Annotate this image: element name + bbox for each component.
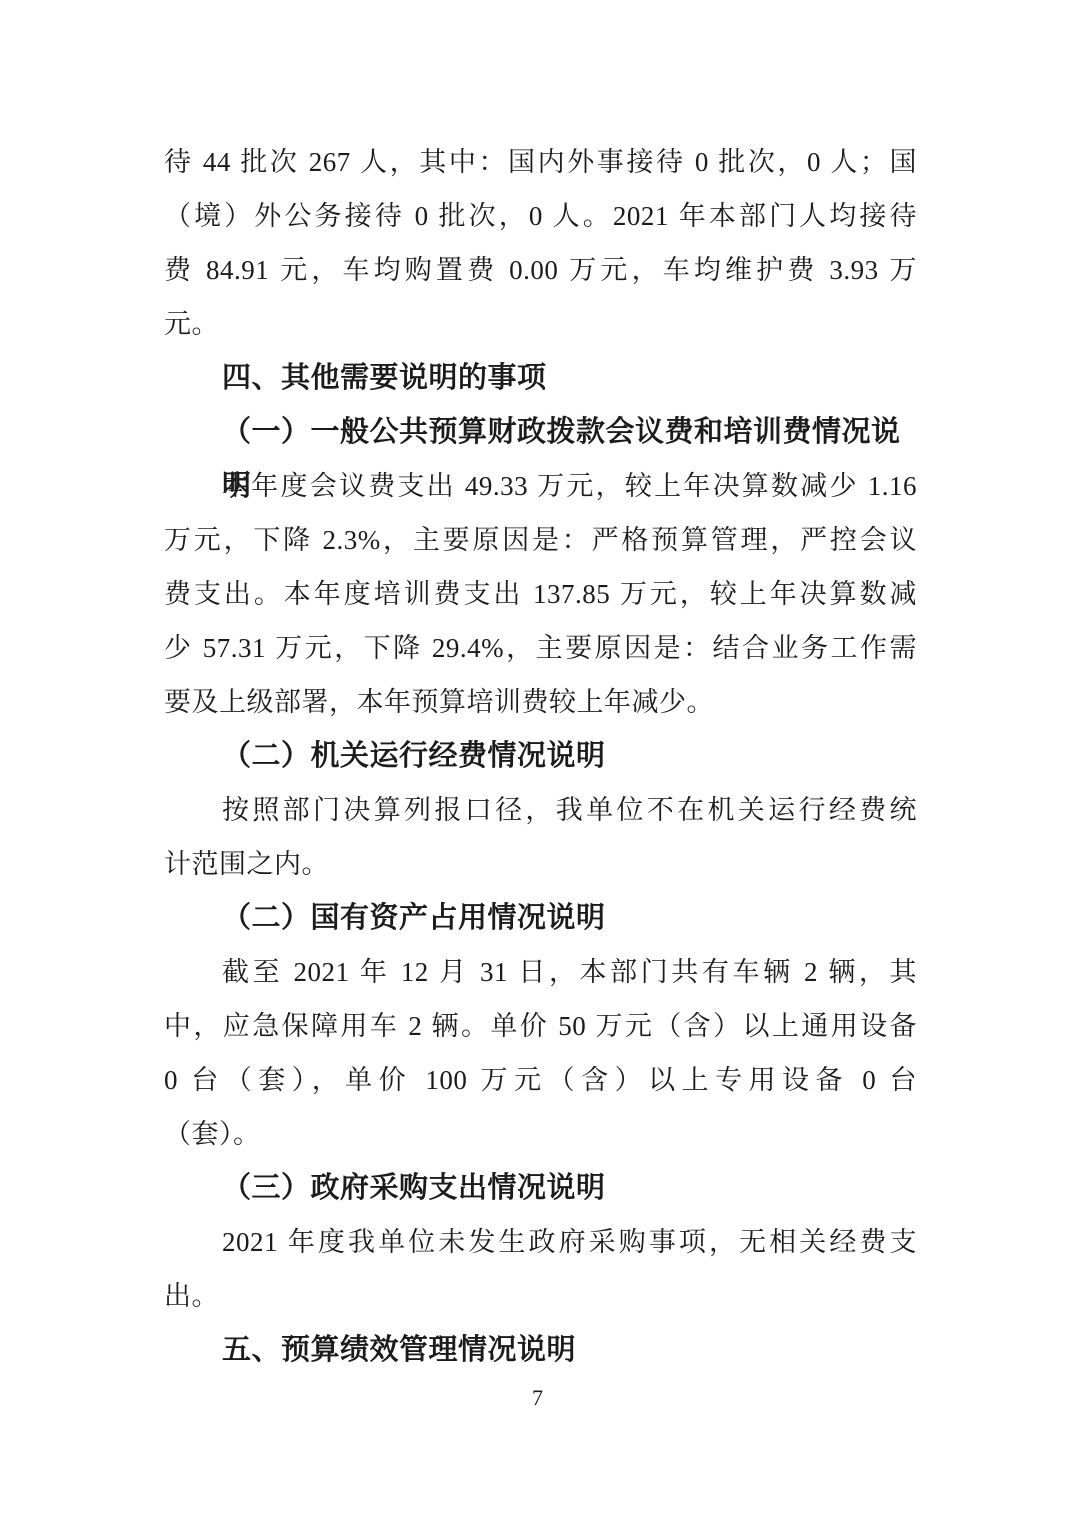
subsection-heading: （一）一般公共预算财政拨款会议费和培训费情况说明 [164, 405, 917, 459]
body-text-line: 计范围之内。 [164, 837, 917, 891]
document-page: 待 44 批次 267 人，其中：国内外事接待 0 批次，0 人；国 （境）外公… [0, 0, 1075, 1520]
body-text-line: 按照部门决算列报口径，我单位不在机关运行经费统 [164, 783, 917, 837]
body-text-line: 截至 2021 年 12 月 31 日，本部门共有车辆 2 辆，其 [164, 945, 917, 999]
page-number: 7 [0, 1376, 1075, 1420]
subsection-heading: （二）机关运行经费情况说明 [164, 729, 917, 783]
body-text-line: 中，应急保障用车 2 辆。单价 50 万元（含）以上通用设备 [164, 999, 917, 1053]
body-text-line: 费支出。本年度培训费支出 137.85 万元，较上年决算数减 [164, 567, 917, 621]
subsection-heading: （三）政府采购支出情况说明 [164, 1161, 917, 1215]
body-text-line: 费 84.91 元，车均购置费 0.00 万元，车均维护费 3.93 万 [164, 243, 917, 297]
page-content: 待 44 批次 267 人，其中：国内外事接待 0 批次，0 人；国 （境）外公… [164, 135, 917, 1377]
body-text-line: 本年度会议费支出 49.33 万元，较上年决算数减少 1.16 [164, 459, 917, 513]
body-text-line: 出。 [164, 1269, 917, 1323]
body-text-line: 待 44 批次 267 人，其中：国内外事接待 0 批次，0 人；国 [164, 135, 917, 189]
body-text-line: 万元，下降 2.3%，主要原因是：严格预算管理，严控会议 [164, 513, 917, 567]
subsection-heading: （二）国有资产占用情况说明 [164, 891, 917, 945]
section-heading: 四、其他需要说明的事项 [164, 351, 917, 405]
body-text-line: 元。 [164, 297, 917, 351]
body-text-line: 要及上级部署，本年预算培训费较上年减少。 [164, 675, 917, 729]
body-text-line: 0 台（套），单价 100 万元（含）以上专用设备 0 台 [164, 1053, 917, 1107]
section-heading: 五、预算绩效管理情况说明 [164, 1323, 917, 1377]
body-text-line: 2021 年度我单位未发生政府采购事项，无相关经费支 [164, 1215, 917, 1269]
body-text-line: （境）外公务接待 0 批次，0 人。2021 年本部门人均接待 [164, 189, 917, 243]
body-text-line: （套）。 [164, 1107, 917, 1161]
body-text-line: 少 57.31 万元，下降 29.4%，主要原因是：结合业务工作需 [164, 621, 917, 675]
